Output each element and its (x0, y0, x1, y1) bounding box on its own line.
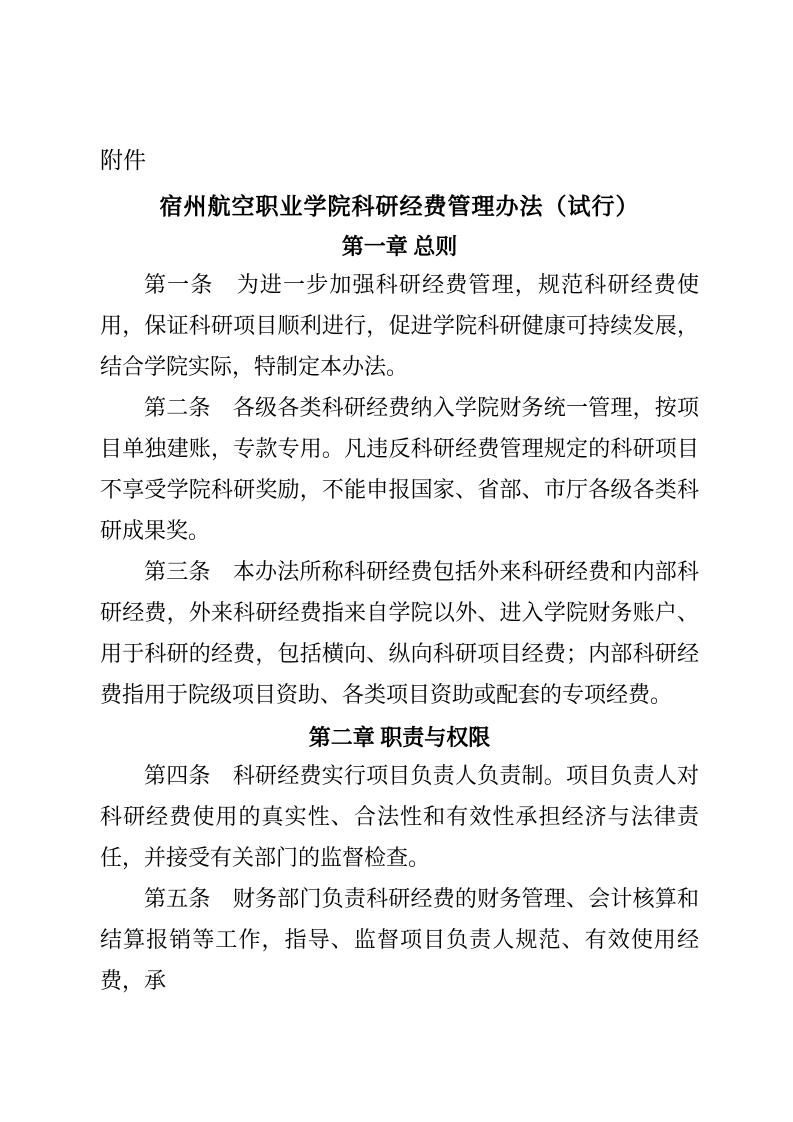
attachment-label: 附件 (100, 146, 699, 176)
document-page: 附件 宿州航空职业学院科研经费管理办法（试行） 第一章 总则 第一条 为进一步加… (0, 0, 793, 1122)
paragraph-article-4: 第四条 科研经费实行项目负责人负责制。项目负责人对科研经费使用的真实性、合法性和… (100, 755, 699, 878)
chapter-heading-2: 第二章 职责与权限 (100, 721, 699, 755)
paragraph-article-5: 第五条 财务部门负责科研经费的财务管理、会计核算和结算报销等工作，指导、监督项目… (100, 878, 699, 1001)
paragraph-article-2: 第二条 各级各类科研经费纳入学院财务统一管理，按项目单独建账，专款专用。凡违反科… (100, 387, 699, 551)
document-title: 宿州航空职业学院科研经费管理办法（试行） (100, 190, 699, 224)
paragraph-article-3: 第三条 本办法所称科研经费包括外来科研经费和内部科研经费，外来科研经费指来自学院… (100, 551, 699, 715)
paragraph-article-1: 第一条 为进一步加强科研经费管理，规范科研经费使用，保证科研项目顺利进行，促进学… (100, 264, 699, 387)
document-content: 附件 宿州航空职业学院科研经费管理办法（试行） 第一章 总则 第一条 为进一步加… (0, 0, 793, 1001)
chapter-heading-1: 第一章 总则 (100, 230, 699, 264)
